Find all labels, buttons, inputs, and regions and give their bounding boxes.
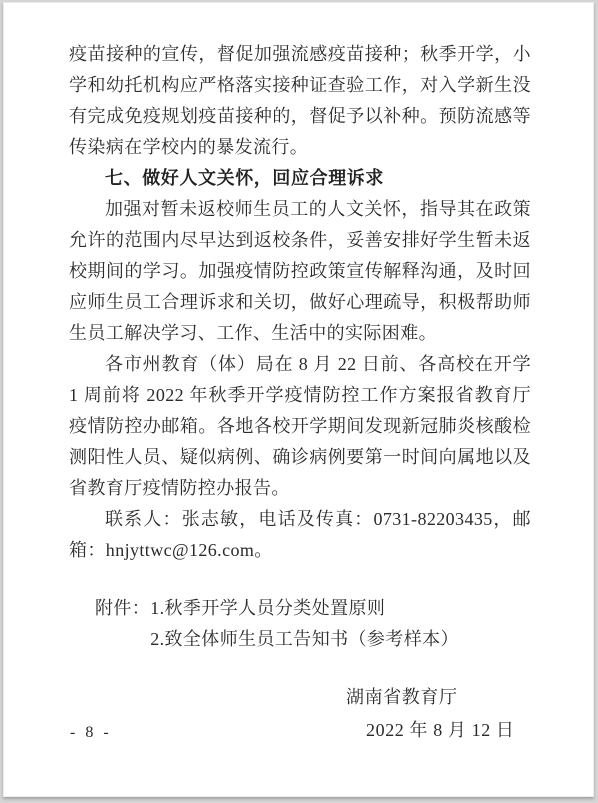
paragraph: 联系人：张志敏，电话及传真：0731-82203435，邮箱：hnjyttwc@…	[69, 504, 531, 566]
signature-date: 2022 年 8 月 12 日	[366, 714, 531, 747]
signature-block: 湖南省教育厅 2022 年 8 月 12 日	[69, 681, 531, 747]
attachments-block: 附件： 1.秋季开学人员分类处置原则 2.致全体师生员工告知书（参考样本）	[95, 593, 531, 655]
document-content: 疫苗接种的宣传，督促加强流感疫苗接种；秋季开学，小学和幼托机构应严格落实接种证查…	[4, 3, 593, 747]
paragraph-continued: 疫苗接种的宣传，督促加强流感疫苗接种；秋季开学，小学和幼托机构应严格落实接种证查…	[69, 39, 531, 163]
signature-organization: 湖南省教育厅	[346, 681, 531, 714]
attachments-label: 附件：	[95, 593, 150, 655]
paragraph: 加强对暂未返校师生员工的人文关怀，指导其在政策允许的范围内尽早达到返校条件，妥善…	[69, 194, 531, 349]
paragraph: 各市州教育（体）局在 8 月 22 日前、各高校在开学 1 周前将 2022 年…	[69, 349, 531, 504]
attachments-list: 1.秋季开学人员分类处置原则 2.致全体师生员工告知书（参考样本）	[150, 593, 459, 655]
attachment-item: 1.秋季开学人员分类处置原则	[150, 593, 459, 624]
page-number: - 8 -	[70, 725, 112, 741]
attachment-item: 2.致全体师生员工告知书（参考样本）	[150, 624, 459, 655]
document-canvas: 疫苗接种的宣传，督促加强流感疫苗接种；秋季开学，小学和幼托机构应严格落实接种证查…	[0, 0, 598, 803]
section-heading: 七、做好人文关怀，回应合理诉求	[69, 163, 531, 194]
document-page: 疫苗接种的宣传，督促加强流感疫苗接种；秋季开学，小学和幼托机构应严格落实接种证查…	[3, 2, 594, 797]
